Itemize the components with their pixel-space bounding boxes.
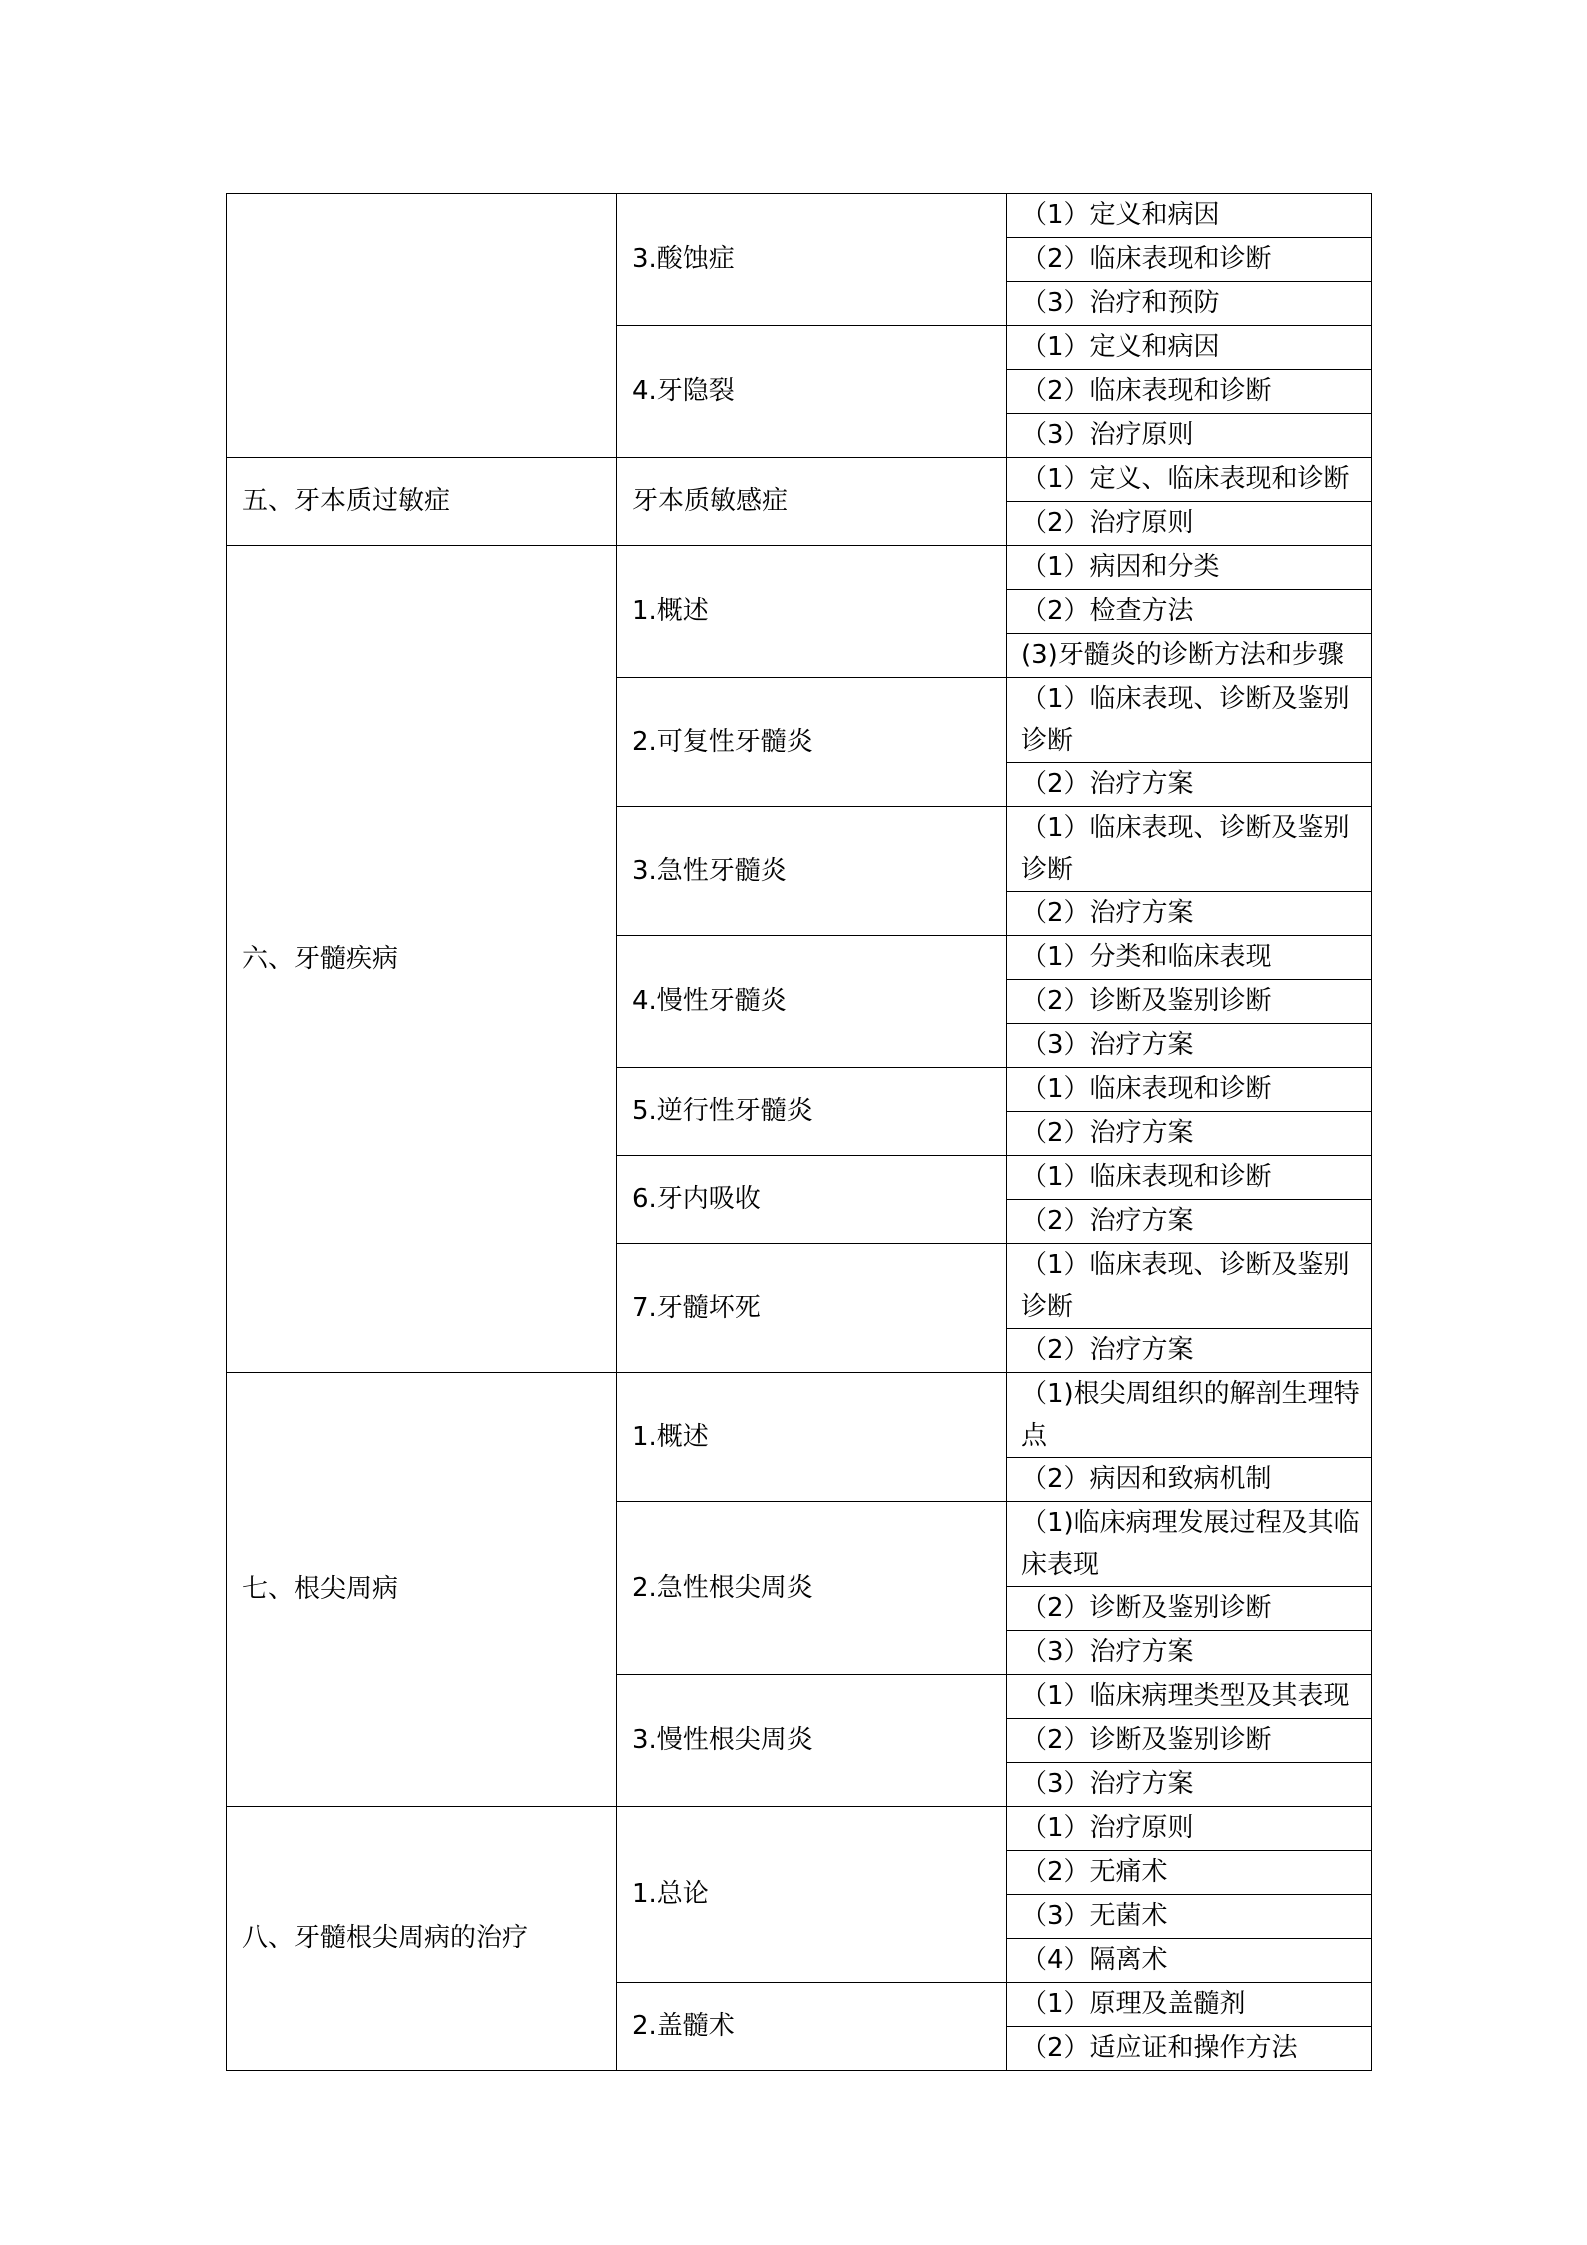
item-cell: （1）临床表现、诊断及鉴别诊断	[1007, 807, 1372, 892]
topic-cell: 3.慢性根尖周炎	[617, 1675, 1007, 1807]
item-cell: (3)牙髓炎的诊断方法和步骤	[1007, 634, 1372, 678]
topic-cell: 1.总论	[617, 1807, 1007, 1983]
topic-cell: 2.盖髓术	[617, 1983, 1007, 2071]
chapter-cell: 六、牙髓疾病	[227, 546, 617, 1373]
topic-cell: 2.可复性牙髓炎	[617, 678, 1007, 807]
topic-cell: 6.牙内吸收	[617, 1156, 1007, 1244]
item-cell: （1）治疗原则	[1007, 1807, 1372, 1851]
item-cell: （1)临床病理发展过程及其临床表现	[1007, 1502, 1372, 1587]
chapter-cell: 八、牙髓根尖周病的治疗	[227, 1807, 617, 2071]
item-cell: （1）临床表现和诊断	[1007, 1156, 1372, 1200]
item-cell: （2）治疗方案	[1007, 1200, 1372, 1244]
item-cell: （3）无菌术	[1007, 1895, 1372, 1939]
topic-cell: 3.急性牙髓炎	[617, 807, 1007, 936]
chapter-cell: 七、根尖周病	[227, 1373, 617, 1807]
topic-cell: 7.牙髓坏死	[617, 1244, 1007, 1373]
item-cell: （3）治疗原则	[1007, 414, 1372, 458]
item-cell: （1）定义、临床表现和诊断	[1007, 458, 1372, 502]
item-cell: （1)根尖周组织的解剖生理特点	[1007, 1373, 1372, 1458]
item-cell: （3）治疗和预防	[1007, 282, 1372, 326]
item-cell: （2）临床表现和诊断	[1007, 238, 1372, 282]
item-cell: （1）原理及盖髓剂	[1007, 1983, 1372, 2027]
topic-cell: 4.牙隐裂	[617, 326, 1007, 458]
topic-cell: 1.概述	[617, 546, 1007, 678]
topic-cell: 牙本质敏感症	[617, 458, 1007, 546]
chapter-cell: 五、牙本质过敏症	[227, 458, 617, 546]
item-cell: （2）治疗方案	[1007, 892, 1372, 936]
table-row: 五、牙本质过敏症 牙本质敏感症 （1）定义、临床表现和诊断	[227, 458, 1372, 502]
item-cell: （2）临床表现和诊断	[1007, 370, 1372, 414]
item-cell: （3）治疗方案	[1007, 1024, 1372, 1068]
item-cell: （1）临床表现、诊断及鉴别诊断	[1007, 1244, 1372, 1329]
item-cell: （1）分类和临床表现	[1007, 936, 1372, 980]
topic-cell: 3.酸蚀症	[617, 194, 1007, 326]
item-cell: （2）无痛术	[1007, 1851, 1372, 1895]
item-cell: （3）治疗方案	[1007, 1631, 1372, 1675]
item-cell: （2）治疗原则	[1007, 502, 1372, 546]
table-row: 六、牙髓疾病 1.概述 （1）病因和分类	[227, 546, 1372, 590]
topic-cell: 1.概述	[617, 1373, 1007, 1502]
item-cell: （1）定义和病因	[1007, 194, 1372, 238]
syllabus-table: 3.酸蚀症 （1）定义和病因 （2）临床表现和诊断 （3）治疗和预防 4.牙隐裂…	[226, 193, 1372, 2071]
item-cell: （2）诊断及鉴别诊断	[1007, 980, 1372, 1024]
item-cell: （2）治疗方案	[1007, 1112, 1372, 1156]
topic-cell: 2.急性根尖周炎	[617, 1502, 1007, 1675]
item-cell: （2）病因和致病机制	[1007, 1458, 1372, 1502]
item-cell: （1）临床表现、诊断及鉴别诊断	[1007, 678, 1372, 763]
item-cell: （3）治疗方案	[1007, 1763, 1372, 1807]
chapter-cell	[227, 194, 617, 458]
item-cell: （2）治疗方案	[1007, 763, 1372, 807]
item-cell: （1）临床病理类型及其表现	[1007, 1675, 1372, 1719]
item-cell: （2）诊断及鉴别诊断	[1007, 1587, 1372, 1631]
table-row: 八、牙髓根尖周病的治疗 1.总论 （1）治疗原则	[227, 1807, 1372, 1851]
item-cell: （2）治疗方案	[1007, 1329, 1372, 1373]
topic-cell: 4.慢性牙髓炎	[617, 936, 1007, 1068]
item-cell: （2）适应证和操作方法	[1007, 2027, 1372, 2071]
table-row: 3.酸蚀症 （1）定义和病因	[227, 194, 1372, 238]
item-cell: （1）病因和分类	[1007, 546, 1372, 590]
topic-cell: 5.逆行性牙髓炎	[617, 1068, 1007, 1156]
table-row: 七、根尖周病 1.概述 （1)根尖周组织的解剖生理特点	[227, 1373, 1372, 1458]
item-cell: （4）隔离术	[1007, 1939, 1372, 1983]
item-cell: （1）定义和病因	[1007, 326, 1372, 370]
item-cell: （1）临床表现和诊断	[1007, 1068, 1372, 1112]
item-cell: （2）检查方法	[1007, 590, 1372, 634]
item-cell: （2）诊断及鉴别诊断	[1007, 1719, 1372, 1763]
